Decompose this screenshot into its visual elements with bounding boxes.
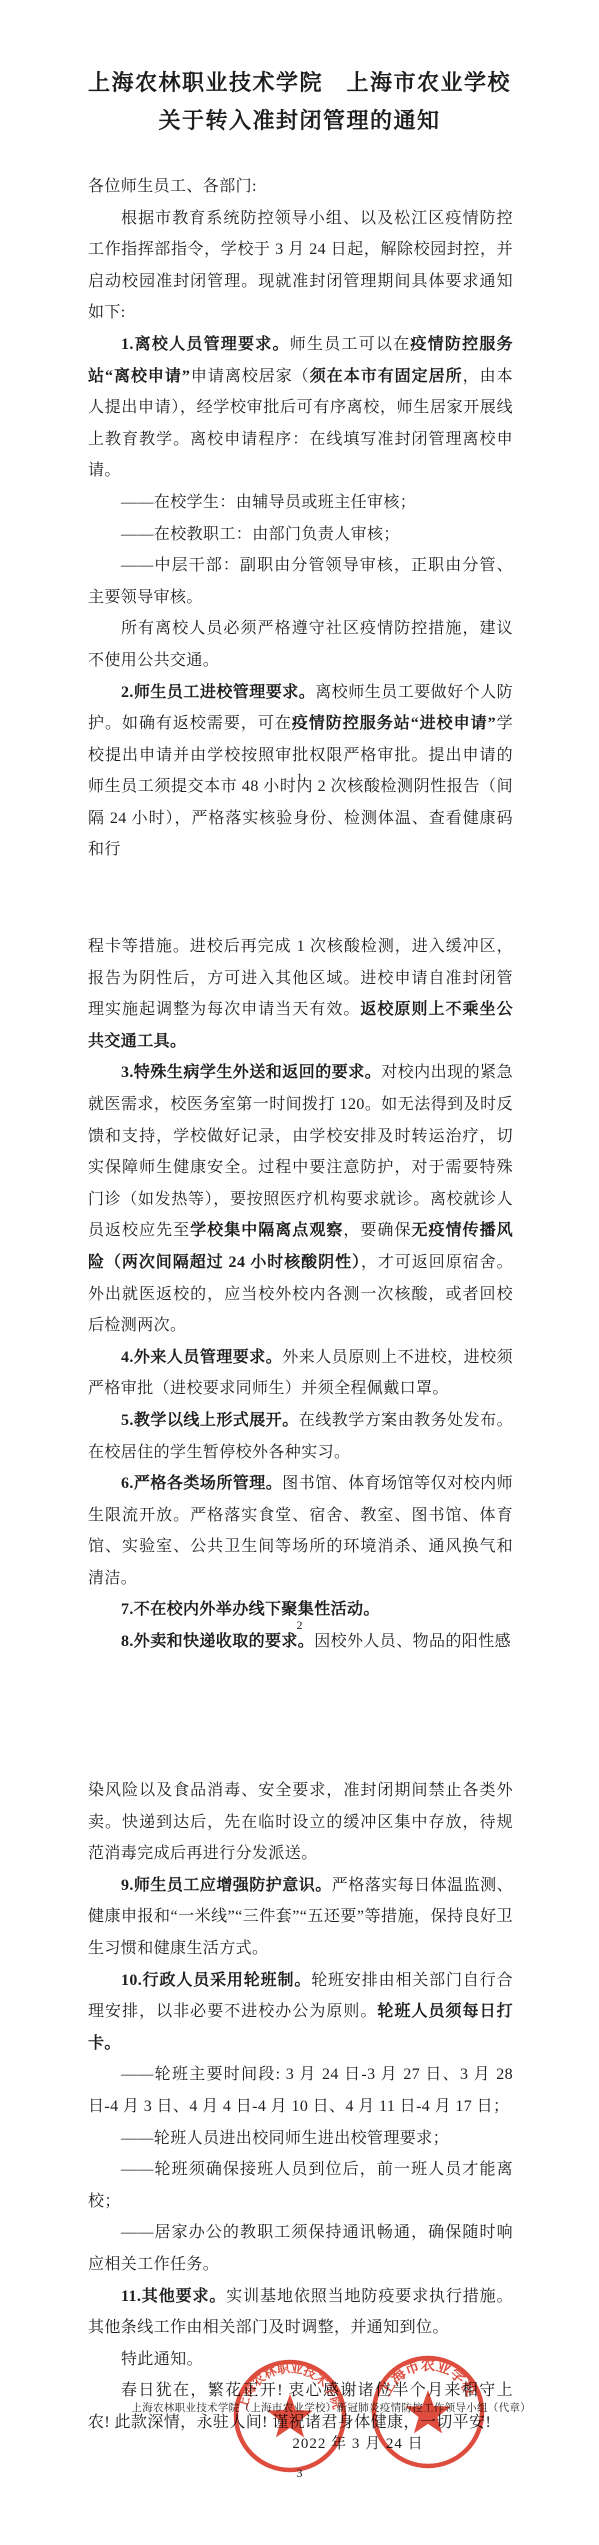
- text-run: 因校外人员、物品的阳性感: [314, 1633, 511, 1650]
- intro-paragraph: 根据市教育系统防控领导小组、以及松江区疫情防控工作指挥部指令，学校于 3 月 2…: [88, 203, 513, 329]
- page-3: 染风险以及食品消毒、安全要求，准封闭期间禁止各类外卖。快递到达后，先在临时设立的…: [0, 1696, 599, 2545]
- official-seal-left: 上海农林职业技术学院: [230, 2356, 350, 2476]
- page-1: 上海农林职业技术学院 上海市农业学校 关于转入准封闭管理的通知 各位师生员工、各…: [0, 0, 599, 848]
- bold-text-run: 2.师生员工进校管理要求。: [121, 684, 315, 701]
- text-run: 对校内出现的紧急就医需求，校医务室第一时间拨打 120。如无法得到及时反馈和支持…: [88, 1064, 513, 1239]
- text-run: ——轮班主要时间段: 3 月 24 日-3 月 27 日、3 月 28 日-4 …: [88, 2066, 513, 2115]
- page-1-body: 各位师生员工、各部门: 根据市教育系统防控领导小组、以及松江区疫情防控工作指挥部…: [88, 171, 513, 866]
- bold-text-run: 须在本市有固定居所: [310, 368, 463, 385]
- item-8-continued: 染风险以及食品消毒、安全要求，准封闭期间禁止各类外卖。快递到达后，先在临时设立的…: [88, 1775, 513, 1870]
- bold-text-run: 11.其他要求。: [121, 2288, 226, 2305]
- item-1-leave-campus: 1.离校人员管理要求。师生员工可以在疫情防控服务站“离校申请”申请离校居家（须在…: [88, 329, 513, 487]
- dash-item-cadres: ——中层干部：副职由分管领导审核，正职由分管、主要领导审核。: [88, 550, 513, 613]
- bold-text-run: 4.外来人员管理要求。: [121, 1349, 282, 1366]
- bold-text-run: 疫情防控服务站“进校申请”: [292, 715, 496, 732]
- official-seal-right: 上海市农业学校: [368, 2352, 488, 2472]
- page-number-1: 1: [0, 770, 599, 785]
- star-icon: [405, 2390, 451, 2433]
- text-run: 根据市教育系统防控领导小组、以及松江区疫情防控工作指挥部指令，学校于 3 月 2…: [88, 210, 513, 322]
- text-run: ——中层干部：副职由分管领导审核，正职由分管、主要领导审核。: [88, 557, 513, 606]
- text-run: 申请离校居家（: [190, 368, 309, 385]
- bold-text-run: 7.不在校内外举办线下聚集性活动。: [121, 1601, 380, 1618]
- text-run: ，要确保: [343, 1222, 411, 1239]
- item-10-shift-system: 10.行政人员采用轮班制。轮班安排由相关部门自行合理安排，以非必要不进校办公为原…: [88, 1965, 513, 2060]
- page-2: 程卡等措施。进校后再完成 1 次核酸检测，进入缓冲区，报告为阴性后，方可进入其他…: [0, 848, 599, 1696]
- page-number-3: 3: [0, 2466, 599, 2481]
- bold-text-run: 3.特殊生病学生外送和返回的要求。: [121, 1064, 381, 1081]
- item-9-protection-awareness: 9.师生员工应增强防护意识。严格落实每日体温监测、健康申报和“一米线”“三件套”…: [88, 1870, 513, 1965]
- bold-text-run: 1.离校人员管理要求。: [121, 336, 290, 353]
- text-run: 所有离校人员必须严格遵守社区疫情防控措施，建议不使用公共交通。: [88, 620, 513, 669]
- text-run: ——在校学生：由辅导员或班主任审核；: [121, 494, 416, 511]
- text-run: ——居家办公的教职工须保持通讯畅通，确保随时响应相关工作任务。: [88, 2224, 513, 2273]
- text-run: 师生员工可以在: [290, 336, 411, 353]
- item-5-online-teaching: 5.教学以线上形式展开。在线教学方案由教务处发布。在校居住的学生暂停校外各种实习…: [88, 1405, 513, 1468]
- title-line-1: 上海农林职业技术学院 上海市农业学校: [30, 64, 569, 102]
- salutation: 各位师生员工、各部门:: [88, 171, 513, 203]
- bold-text-run: 6.严格各类场所管理。: [121, 1475, 282, 1492]
- dash-item-staff: ——在校教职工：由部门负责人审核；: [88, 519, 513, 551]
- page-3-body: 染风险以及食品消毒、安全要求，准封闭期间禁止各类外卖。快递到达后，先在临时设立的…: [88, 1775, 513, 2438]
- leave-campus-note: 所有离校人员必须严格遵守社区疫情防控措施，建议不使用公共交通。: [88, 613, 513, 676]
- text-run: 学校提出申请并由学校按照审批权限严格审批。提出申请的师生员工须提交本市 48 小…: [88, 715, 513, 858]
- text-run: ——轮班人员进出校同师生进出校管理要求；: [121, 2130, 449, 2147]
- item-6-venue-management: 6.严格各类场所管理。图书馆、体育场馆等仅对校内师生限流开放。严格落实食堂、宿舍…: [88, 1468, 513, 1594]
- dash-item-students: ——在校学生：由辅导员或班主任审核；: [88, 487, 513, 519]
- notice-document: 上海农林职业技术学院 上海市农业学校 关于转入准封闭管理的通知 各位师生员工、各…: [0, 0, 599, 2545]
- bold-text-run: 5.教学以线上形式展开。: [121, 1412, 299, 1429]
- text-run: 各位师生员工、各部门:: [88, 178, 257, 195]
- item-3-sick-students: 3.特殊生病学生外送和返回的要求。对校内出现的紧急就医需求，校医务室第一时间拨打…: [88, 1057, 513, 1341]
- document-title: 上海农林职业技术学院 上海市农业学校 关于转入准封闭管理的通知: [30, 64, 569, 140]
- text-run: ——轮班须确保接班人员到位后，前一班人员才能离校；: [88, 2161, 513, 2210]
- text-run: 特此通知。: [121, 2351, 203, 2368]
- item-11-other: 11.其他要求。实训基地依照当地防疫要求执行措施。其他条线工作由相关部门及时调整…: [88, 2281, 513, 2344]
- bold-text-run: 10.行政人员采用轮班制。: [121, 1972, 311, 1989]
- dash-item-shift-handover: ——轮班须确保接班人员到位后，前一班人员才能离校；: [88, 2154, 513, 2217]
- item-2-continued: 程卡等措施。进校后再完成 1 次核酸检测，进入缓冲区，报告为阴性后，方可进入其他…: [88, 931, 513, 1057]
- title-line-2: 关于转入准封闭管理的通知: [30, 102, 569, 140]
- item-4-outsiders: 4.外来人员管理要求。外来人员原则上不进校，进校须严格审批（进校要求同师生）并须…: [88, 1342, 513, 1405]
- bold-text-run: 9.师生员工应增强防护意识。: [121, 1877, 332, 1894]
- text-run: 染风险以及食品消毒、安全要求，准封闭期间禁止各类外卖。快递到达后，先在临时设立的…: [88, 1782, 513, 1862]
- dash-item-shift-periods: ——轮班主要时间段: 3 月 24 日-3 月 27 日、3 月 28 日-4 …: [88, 2059, 513, 2122]
- page-2-body: 程卡等措施。进校后再完成 1 次核酸检测，进入缓冲区，报告为阴性后，方可进入其他…: [88, 931, 513, 1658]
- star-icon: [267, 2394, 313, 2437]
- bold-text-run: 学校集中隔离点观察: [190, 1222, 343, 1239]
- text-run: ——在校教职工：由部门负责人审核；: [121, 526, 400, 543]
- page-number-2: 2: [0, 1618, 599, 1633]
- bold-text-run: 8.外卖和快递收取的要求。: [121, 1633, 314, 1650]
- dash-item-home-office: ——居家办公的教职工须保持通讯畅通，确保随时响应相关工作任务。: [88, 2217, 513, 2280]
- dash-item-shift-entry: ——轮班人员进出校同师生进出校管理要求；: [88, 2123, 513, 2155]
